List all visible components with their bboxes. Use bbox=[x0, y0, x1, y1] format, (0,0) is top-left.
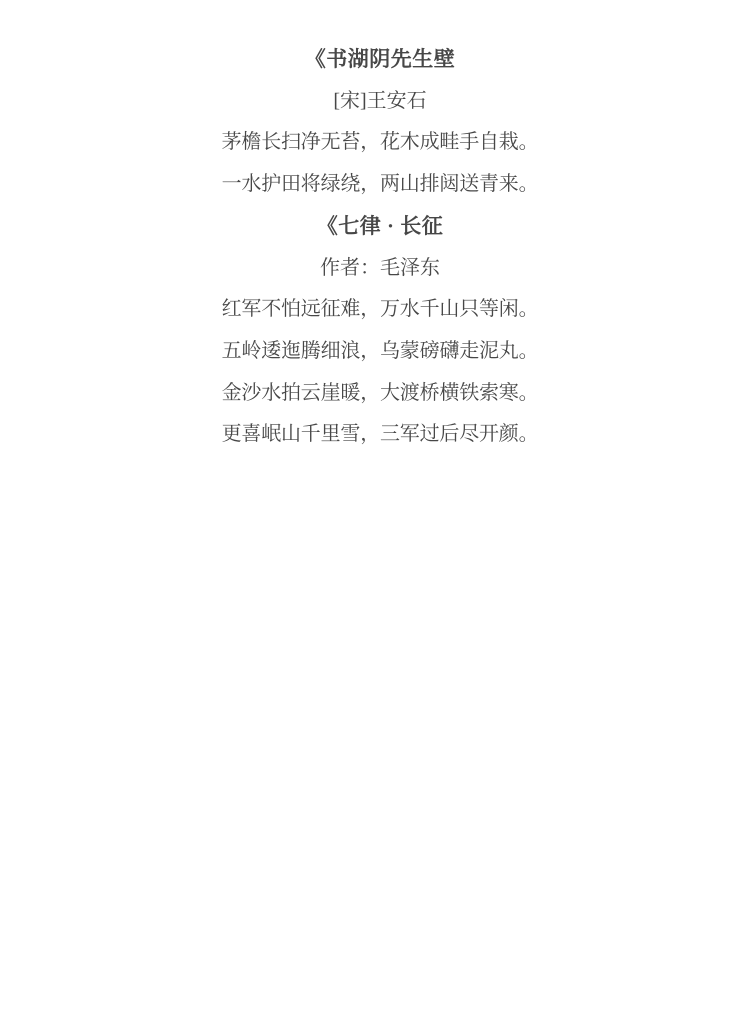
poem-2-line-3: 金沙水拍云崖暖，大渡桥横铁索寒。 bbox=[10, 373, 750, 415]
poem-1-line-1: 茅檐长扫净无苔，花木成畦手自栽。 bbox=[10, 122, 750, 164]
document-page: 《书湖阴先生壁 [宋]王安石 茅檐长扫净无苔，花木成畦手自栽。 一水护田将绿绕，… bbox=[0, 0, 750, 1034]
poem-shuhuyin: 《书湖阴先生壁 [宋]王安石 茅檐长扫净无苔，花木成畦手自栽。 一水护田将绿绕，… bbox=[10, 39, 750, 206]
poem-2-line-4: 更喜岷山千里雪，三军过后尽开颜。 bbox=[10, 414, 750, 456]
poem-1-title: 《书湖阴先生壁 bbox=[10, 39, 750, 81]
poem-1-author: [宋]王安石 bbox=[10, 81, 750, 123]
poem-2-author: 作者：毛泽东 bbox=[10, 248, 750, 290]
poem-2-line-2: 五岭逶迤腾细浪，乌蒙磅礴走泥丸。 bbox=[10, 331, 750, 373]
poem-2-line-1: 红军不怕远征难，万水千山只等闲。 bbox=[10, 289, 750, 331]
poem-changzheng: 《七律 · 长征 作者：毛泽东 红军不怕远征难，万水千山只等闲。 五岭逶迤腾细浪… bbox=[10, 206, 750, 456]
poem-2-title: 《七律 · 长征 bbox=[10, 206, 750, 248]
poem-1-line-2: 一水护田将绿绕，两山排闼送青来。 bbox=[10, 164, 750, 206]
